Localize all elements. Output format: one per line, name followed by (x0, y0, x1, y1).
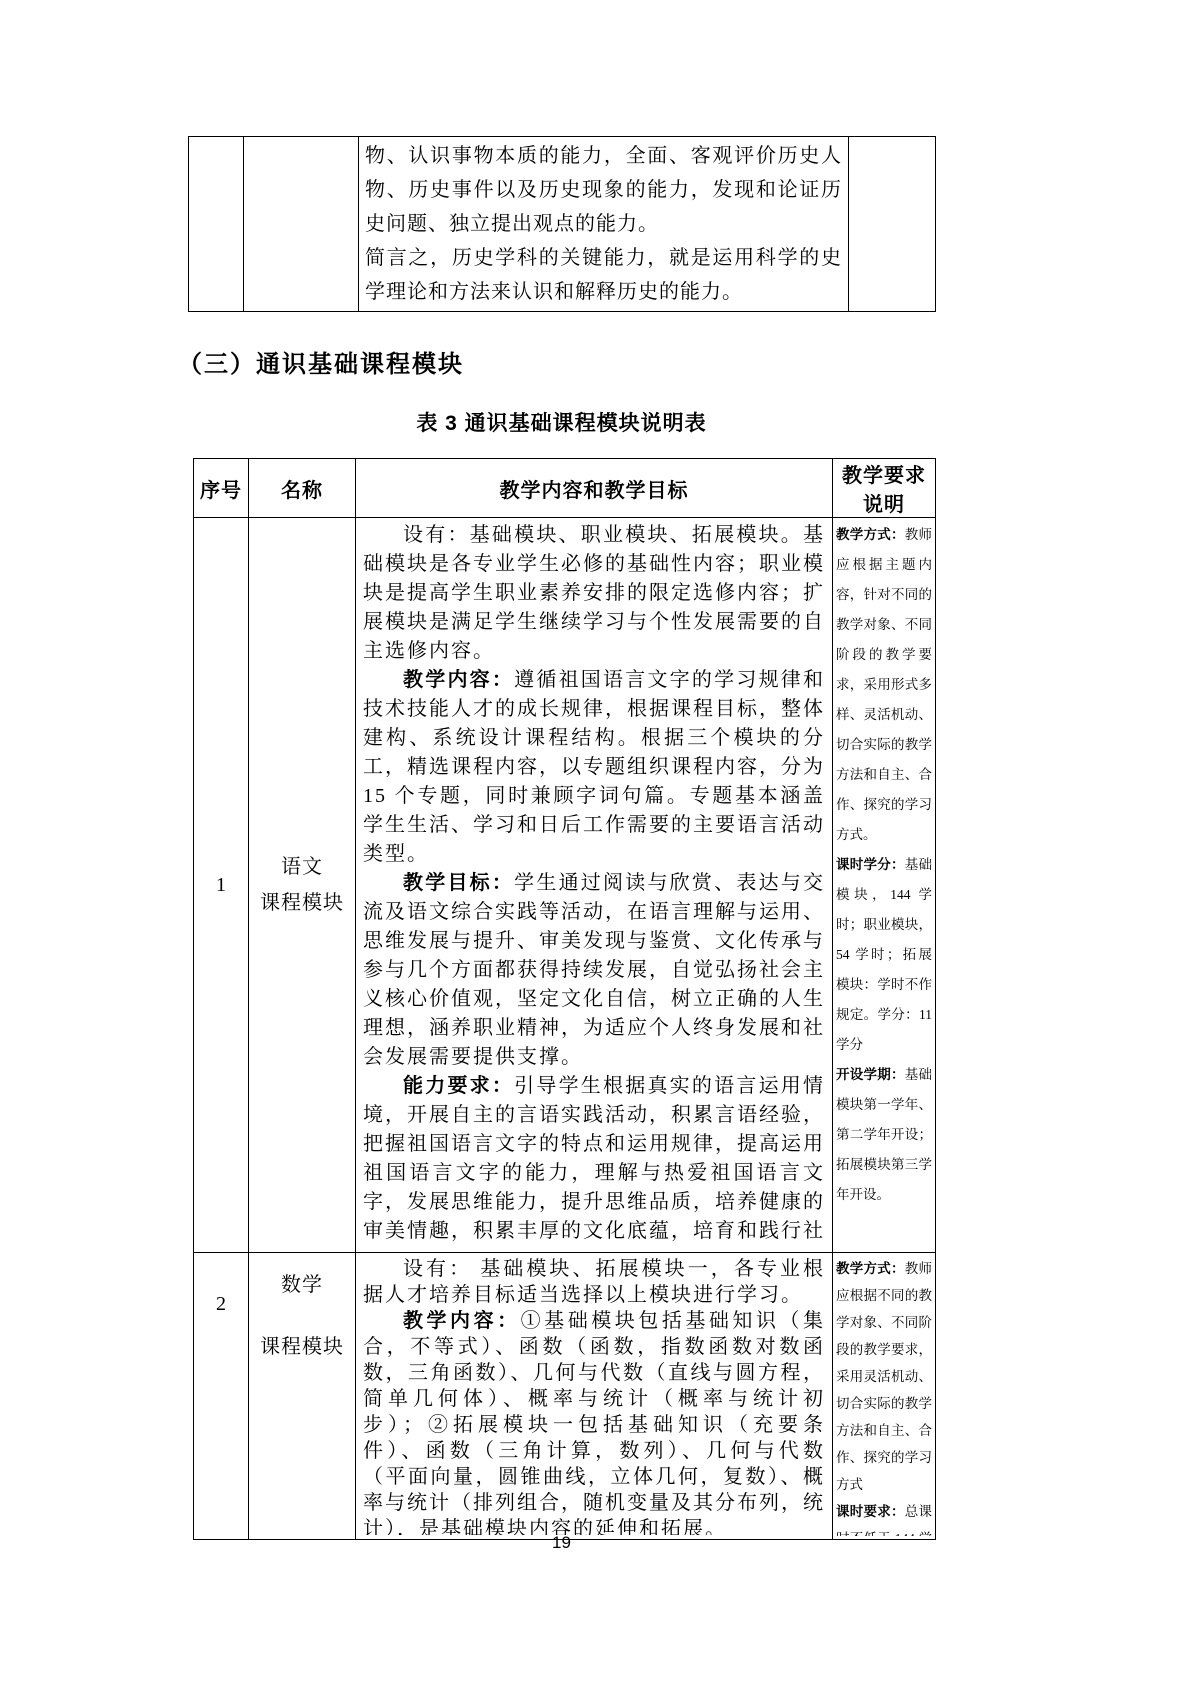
content-cell: 设有：基础模块、职业模块、拓展模块。基础模块是各专业学生必修的基础性内容；职业模… (356, 518, 833, 1253)
paragraph: 教学内容：①基础模块包括基础知识（集合，不等式）、函数（函数，指数函数对数函数，… (363, 1308, 825, 1535)
paragraph: 开设学期：基础模块第一学年、第二学年开设；拓展模块第三学年开设。 (836, 1060, 932, 1210)
header-name: 名称 (249, 459, 356, 518)
content-text: 设有：基础模块、职业模块、拓展模块。基础模块是各专业学生必修的基础性内容；职业模… (363, 521, 825, 1248)
continuation-table: 物、认识事物本质的能力，全面、客观评价历史人物、历史事件以及历史现象的能力，发现… (188, 136, 936, 312)
paragraph-label: 教学方式： (836, 527, 905, 542)
header-requirements: 教学要求说明 (833, 459, 936, 518)
module-name: 数学 课程模块 (249, 1267, 355, 1365)
requirements-text: 教学方式：教师应根据不同的教学对象、不同阶段的教学要求，采用灵活机动、切合实际的… (836, 1255, 932, 1536)
row-number-cell: 1 (194, 518, 249, 1253)
table-caption: 表 3 通识基础课程模块说明表 (188, 407, 935, 437)
paragraph: 简言之，历史学科的关键能力，就是运用科学的史学理论和方法来认识和解释历史的能力。 (365, 241, 842, 309)
paragraph: 教学目标：学生通过阅读与欣赏、表达与交流及语文综合实践等活动，在语言理解与运用、… (363, 869, 825, 1072)
paragraph: 教学方式：教师应根据主题内容，针对不同的教学对象、不同阶段的教学要求，采用形式多… (836, 520, 932, 850)
content-text: 设有： 基础模块、拓展模块一，各专业根据人才培养目标适当选择以上模块进行学习。 … (363, 1256, 825, 1535)
requirements-cell: 教学方式：教师应根据主题内容，针对不同的教学对象、不同阶段的教学要求，采用形式多… (833, 518, 936, 1253)
page-number: 19 (188, 1533, 935, 1553)
paragraph: 课时要求：总课时不低于 144 学时， (836, 1498, 932, 1536)
requirements-cell: 教学方式：教师应根据不同的教学对象、不同阶段的教学要求，采用灵活机动、切合实际的… (833, 1253, 936, 1540)
paragraph: 设有： 基础模块、拓展模块一，各专业根据人才培养目标适当选择以上模块进行学习。 (363, 1256, 825, 1308)
empty-cell-no (189, 137, 244, 312)
paragraph-label: 课时要求： (836, 1504, 905, 1519)
paragraph-label: 教学内容： (403, 1310, 521, 1332)
paragraph-label: 教学目标： (403, 872, 514, 894)
paragraph: 课时学分：基础模块，144 学时；职业模块，54 学时；拓展模块：学时不作规定。… (836, 850, 932, 1060)
empty-cell-requirements (849, 137, 936, 312)
module-name-cell: 语文 课程模块 (249, 518, 356, 1253)
header-row: 序号 名称 教学内容和教学目标 教学要求说明 (194, 459, 936, 518)
module-name: 语文 课程模块 (249, 849, 355, 921)
table-row: 物、认识事物本质的能力，全面、客观评价历史人物、历史事件以及历史现象的能力，发现… (189, 137, 936, 312)
paragraph-label: 课时学分： (836, 857, 905, 872)
paragraph-label: 能力要求： (403, 1075, 514, 1097)
table-row: 1 语文 课程模块 设有：基础模块、职业模块、拓展模块。基础模块是各专业学生必修… (194, 518, 936, 1253)
requirements-text: 教学方式：教师应根据主题内容，针对不同的教学对象、不同阶段的教学要求，采用形式多… (836, 520, 932, 1249)
paragraph-label: 开设学期： (836, 1067, 905, 1082)
row-number: 1 (194, 874, 248, 897)
section-heading: （三）通识基础课程模块 (178, 344, 464, 379)
empty-cell-name (244, 137, 359, 312)
row-number: 2 (194, 1293, 248, 1316)
paragraph: 教学方式：教师应根据不同的教学对象、不同阶段的教学要求，采用灵活机动、切合实际的… (836, 1255, 932, 1498)
content-cell: 设有： 基础模块、拓展模块一，各专业根据人才培养目标适当选择以上模块进行学习。 … (356, 1253, 833, 1540)
continuation-text-cell: 物、认识事物本质的能力，全面、客观评价历史人物、历史事件以及历史现象的能力，发现… (359, 137, 849, 312)
paragraph-label: 教学内容： (403, 669, 514, 691)
table-row: 2 数学 课程模块 设有： 基础模块、拓展模块一，各专业根据人才培养目标适当选择… (194, 1253, 936, 1540)
header-no: 序号 (194, 459, 249, 518)
paragraph: 教学内容：遵循祖国语言文字的学习规律和技术技能人才的成长规律，根据课程目标，整体… (363, 666, 825, 869)
module-name-cell: 数学 课程模块 (249, 1253, 356, 1540)
document-page: 物、认识事物本质的能力，全面、客观评价历史人物、历史事件以及历史现象的能力，发现… (0, 0, 1191, 1684)
header-content: 教学内容和教学目标 (356, 459, 833, 518)
module-description-table: 序号 名称 教学内容和教学目标 教学要求说明 1 语文 课程模块 设有：基础模块… (193, 458, 936, 1540)
paragraph: 能力要求：引导学生根据真实的语言运用情境，开展自主的言语实践活动，积累言语经验，… (363, 1072, 825, 1248)
paragraph: 物、认识事物本质的能力，全面、客观评价历史人物、历史事件以及历史现象的能力，发现… (365, 139, 842, 241)
paragraph-label: 教学方式： (836, 1261, 905, 1276)
paragraph: 设有：基础模块、职业模块、拓展模块。基础模块是各专业学生必修的基础性内容；职业模… (363, 521, 825, 666)
row-number-cell: 2 (194, 1253, 249, 1540)
